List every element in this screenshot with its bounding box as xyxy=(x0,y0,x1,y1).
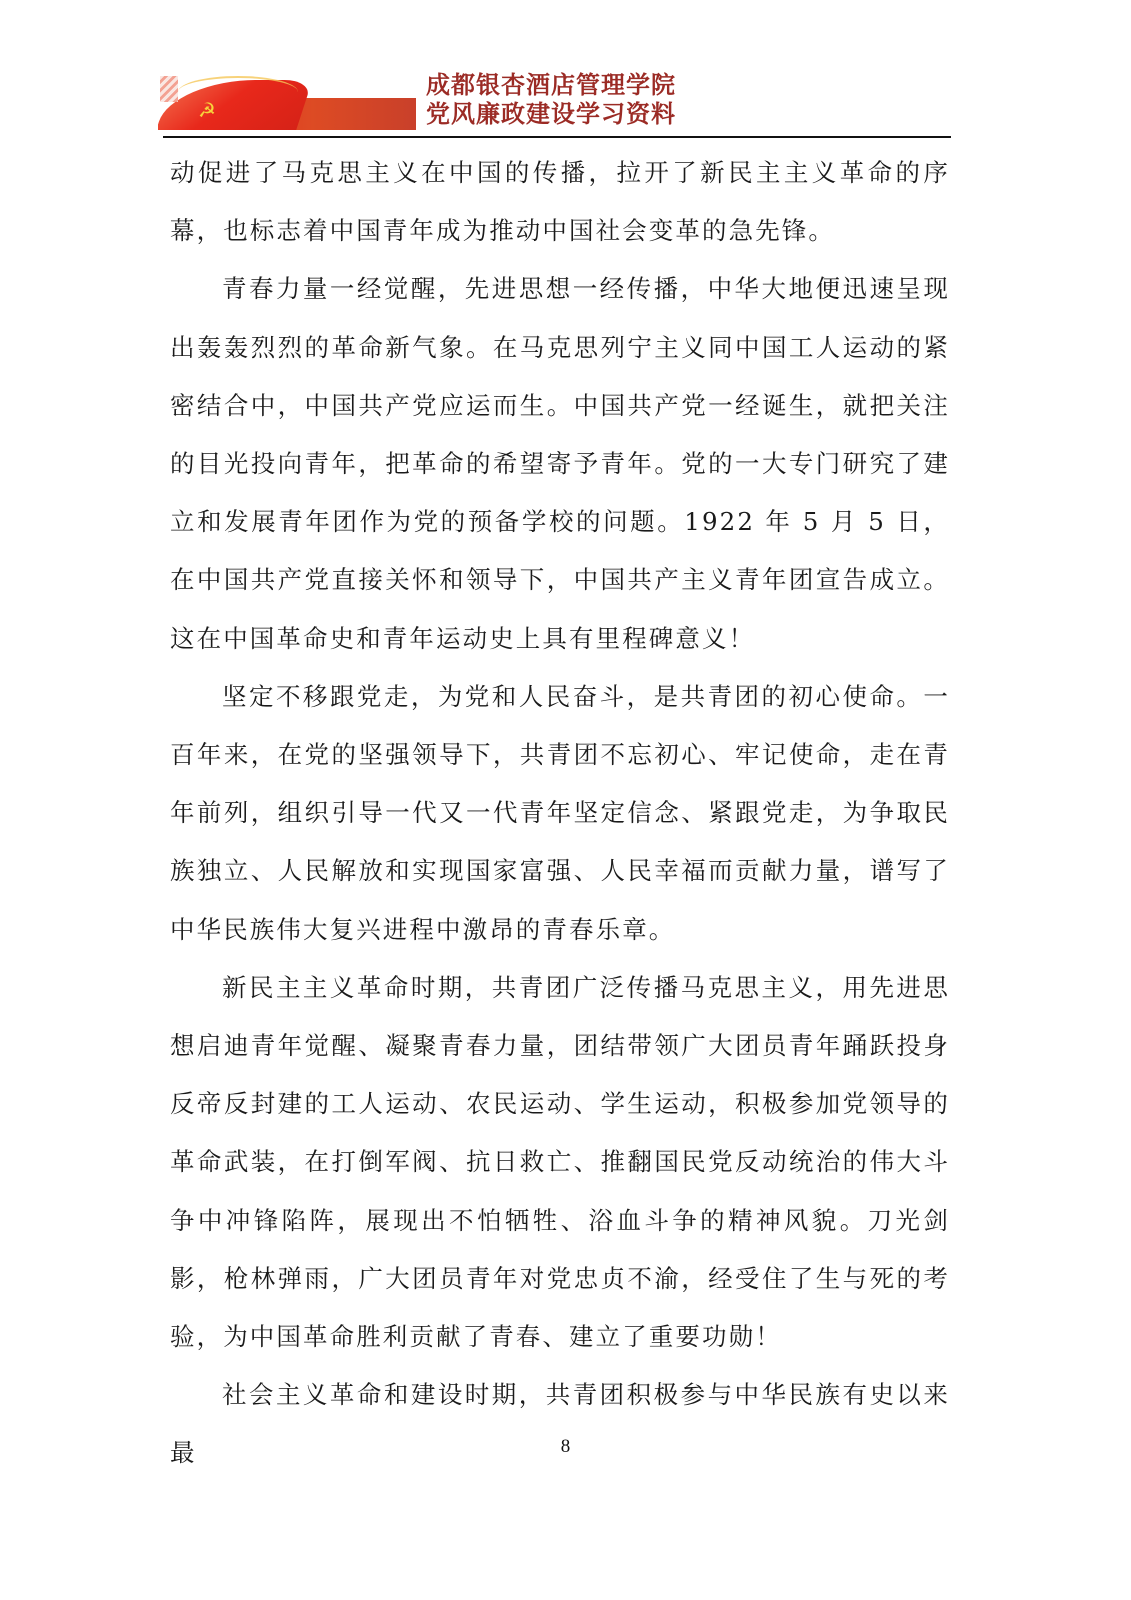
institution-name: 成都银杏酒店管理学院 xyxy=(426,70,676,99)
paragraph-new-democratic-revolution: 新民主主义革命时期，共青团广泛传播马克思主义，用先进思想启迪青年觉醒、凝聚青春力… xyxy=(170,959,950,1366)
page-number: 8 xyxy=(0,1436,1131,1458)
paragraph-youth-awakening: 青春力量一经觉醒，先进思想一经传播，中华大地便迅速呈现出轰轰烈烈的革命新气象。在… xyxy=(170,260,950,667)
stripes-decoration xyxy=(160,76,178,102)
paragraph-continuation: 动促进了马克思主义在中国的传播，拉开了新民主主义革命的序幕，也标志着中国青年成为… xyxy=(170,144,950,260)
paragraph-mission: 坚定不移跟党走，为党和人民奋斗，是共青团的初心使命。一百年来，在党的坚强领导下，… xyxy=(170,668,950,959)
header-divider xyxy=(163,136,951,138)
document-subtitle: 党风廉政建设学习资料 xyxy=(426,99,676,128)
hammer-and-sickle-icon: ☭ xyxy=(198,100,216,120)
document-header: ☭ 成都银杏酒店管理学院 党风廉政建设学习资料 xyxy=(158,70,973,134)
paragraph-socialist-construction: 社会主义革命和建设时期，共青团积极参与中华民族有史以来最 xyxy=(170,1366,950,1482)
party-banner-image: ☭ xyxy=(158,72,416,130)
header-titles: 成都银杏酒店管理学院 党风廉政建设学习资料 xyxy=(426,70,676,128)
gold-ribbon-decoration xyxy=(178,76,298,108)
document-body: 动促进了马克思主义在中国的传播，拉开了新民主主义革命的序幕，也标志着中国青年成为… xyxy=(170,144,950,1483)
